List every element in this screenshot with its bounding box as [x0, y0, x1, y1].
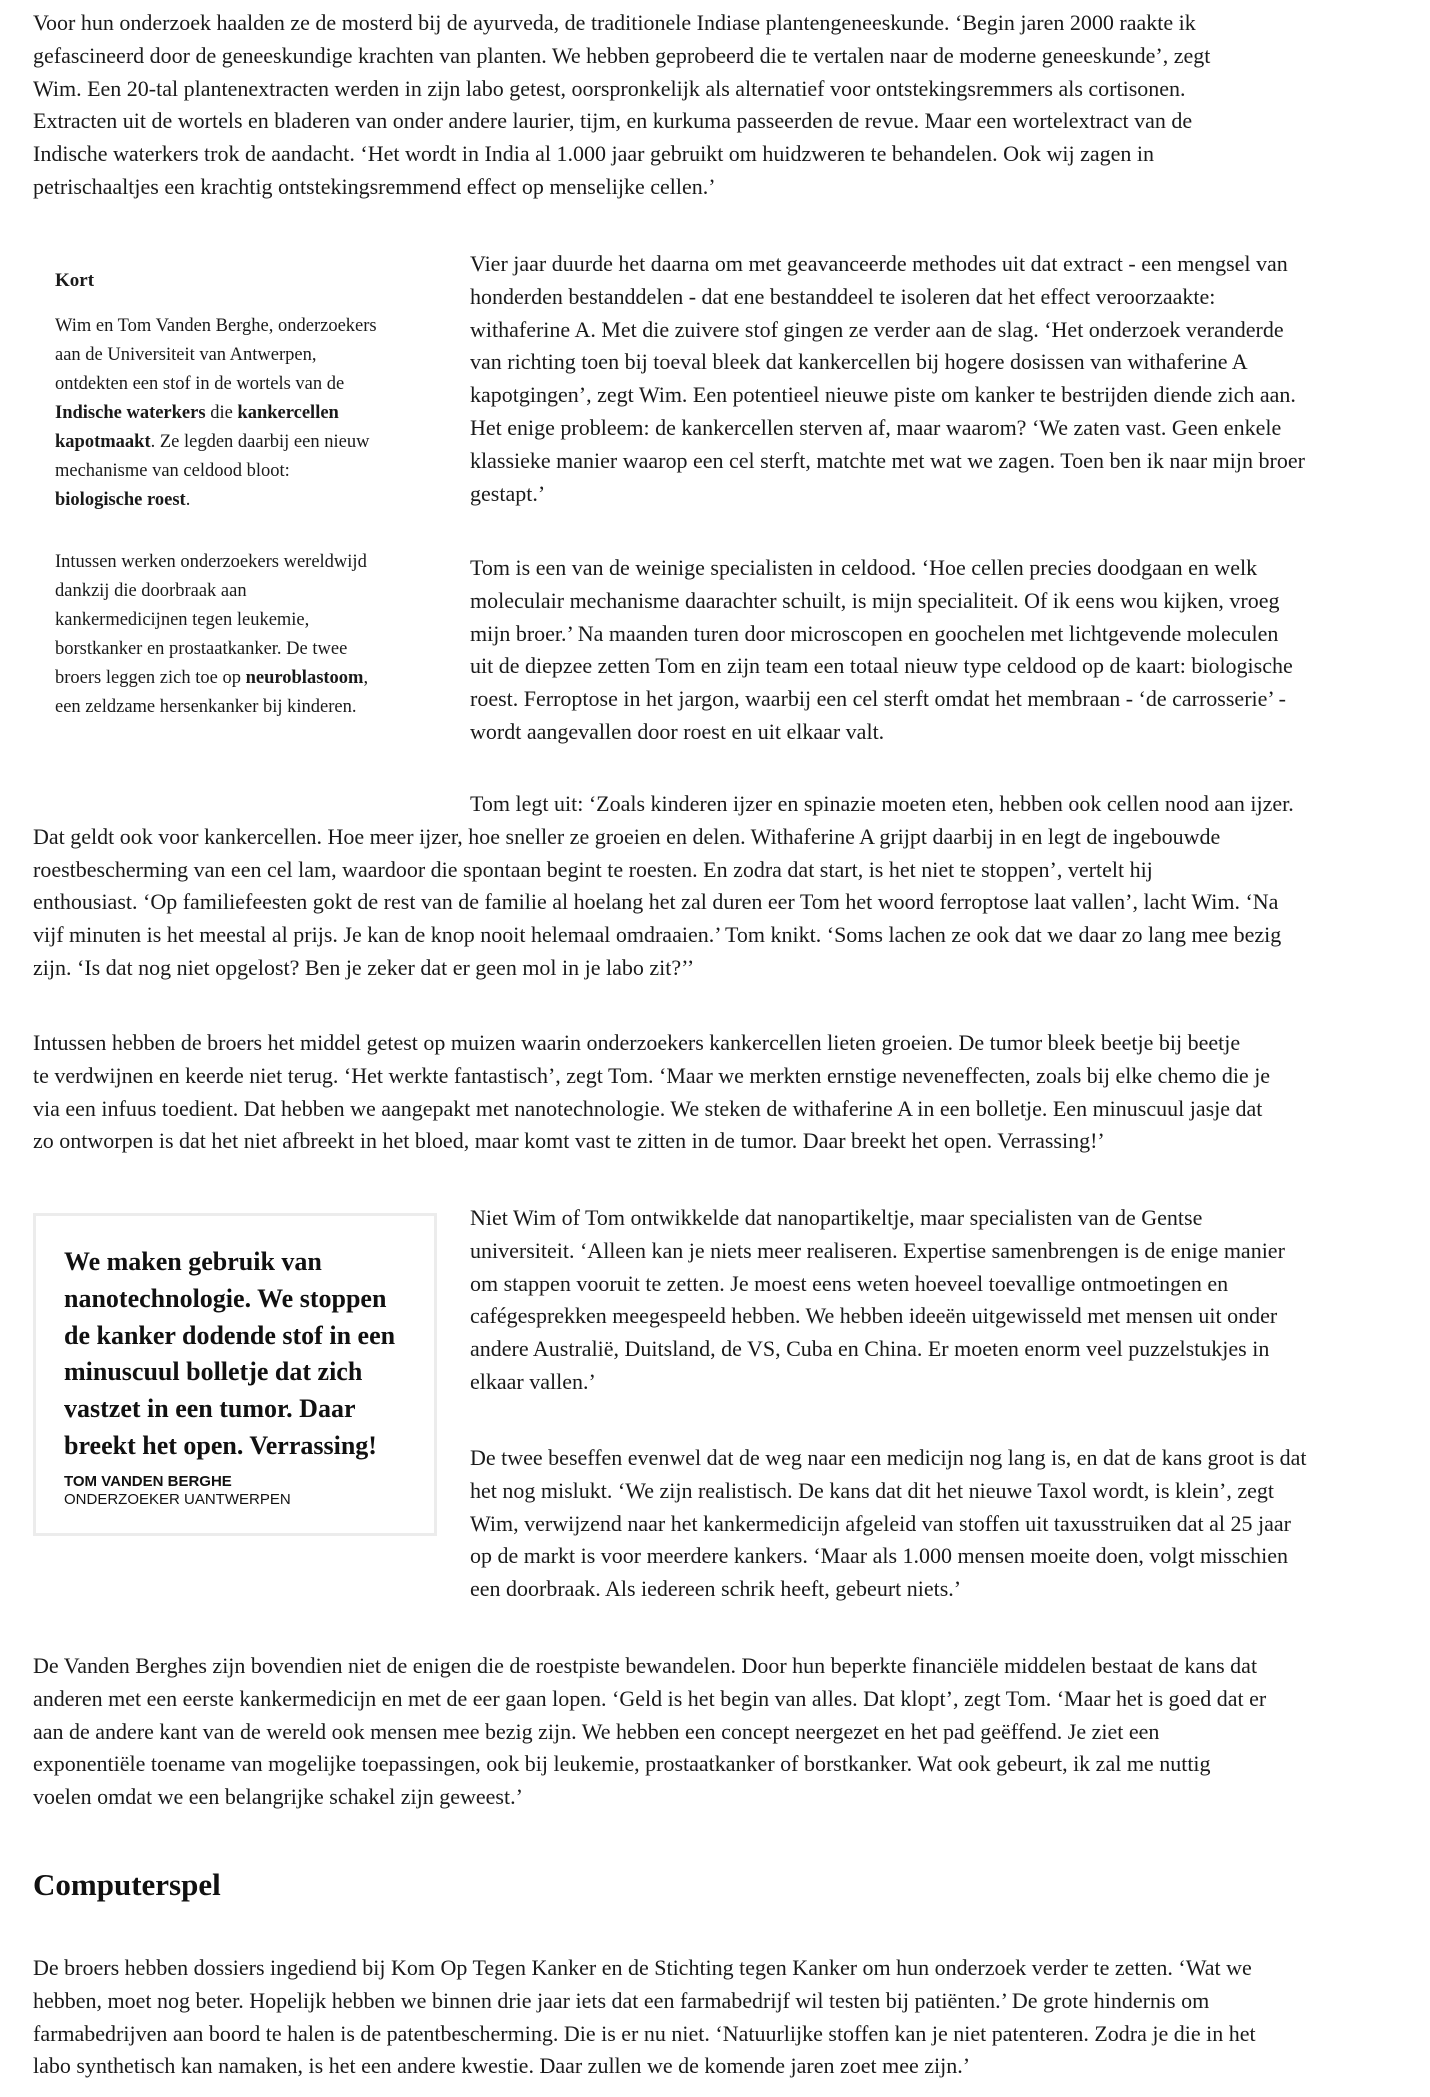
text-line: klassieke manier waarop een cel sterft, … [470, 445, 1305, 478]
text-line: broers leggen zich toe op neuroblastoom, [55, 664, 435, 693]
text-line: ontdekten een stof in de wortels van de [55, 370, 435, 399]
quote-author-role: ONDERZOEKER UANTWERPEN [64, 1491, 291, 1509]
text-line: borstkanker en prostaatkanker. De twee [55, 635, 435, 664]
text-line: moleculair mechanisme daarachter schuilt… [470, 585, 1293, 618]
bold-term: Indische waterkers [55, 403, 206, 423]
paragraph-vier-jaar: Vier jaar duurde het daarna om met geava… [470, 248, 1305, 510]
text-line: We maken gebruik van [64, 1244, 395, 1281]
section-heading: Computerspel [33, 1865, 221, 1905]
text-line: kapotgingen’, zegt Wim. Een potentieel n… [470, 379, 1305, 412]
bold-term: neuroblastoom [246, 668, 364, 688]
text-line: mechanisme van celdood bloot: [55, 457, 435, 486]
text-line: farmabedrijven aan boord te halen is de … [33, 2018, 1256, 2051]
bold-term: kapotmaakt [55, 432, 151, 452]
text-fragment: . [186, 490, 191, 510]
text-line: andere Australië, Duitsland, de VS, Cuba… [470, 1333, 1285, 1366]
paragraph-tom-legt-uit: Tom legt uit: ‘Zoals kinderen ijzer en s… [33, 788, 1294, 985]
text-line: roest. Ferroptose in het jargon, waarbij… [470, 683, 1293, 716]
text-line: te verdwijnen en keerde niet terug. ‘Het… [33, 1060, 1270, 1093]
text-line: op de markt is voor meerdere kankers. ‘M… [470, 1540, 1307, 1573]
text-line: kankermedicijnen tegen leukemie, [55, 606, 435, 635]
pull-quote-text: We maken gebruik vannanotechnologie. We … [64, 1244, 395, 1465]
text-fragment: . Ze legden daarbij een nieuw [151, 432, 370, 452]
quote-author-name: TOM VANDEN BERGHE [64, 1473, 232, 1491]
paragraph-de-twee: De twee beseffen evenwel dat de weg naar… [470, 1442, 1307, 1606]
text-line: vijf minuten is het meestal al prijs. Je… [33, 919, 1294, 952]
text-line: uit de diepzee zetten Tom en zijn team e… [470, 650, 1293, 683]
text-line: aan de Universiteit van Antwerpen, [55, 341, 435, 370]
text-line: voelen omdat we een belangrijke schakel … [33, 1781, 1266, 1814]
text-line: Vier jaar duurde het daarna om met geava… [470, 248, 1305, 281]
text-line: Wim, verwijzend naar het kankermedicijn … [470, 1508, 1307, 1541]
text-line: biologische roest. [55, 486, 435, 515]
text-line: dankzij die doorbraak aan [55, 577, 435, 606]
text-line: labo synthetisch kan namaken, is het een… [33, 2050, 1256, 2083]
text-line: wordt aangevallen door roest en uit elka… [470, 716, 1293, 749]
text-line: minuscuul bolletje dat zich [64, 1354, 395, 1391]
kort-summary-box: Kort Wim en Tom Vanden Berghe, onderzoek… [55, 266, 435, 722]
text-line: mijn broer.’ Na maanden turen door micro… [470, 618, 1293, 651]
text-line: hebben, moet nog beter. Hopelijk hebben … [33, 1985, 1256, 2018]
text-fragment: die [206, 403, 238, 423]
text-line: een zeldzame hersenkanker bij kinderen. [55, 693, 435, 722]
text-line: Tom is een van de weinige specialisten i… [470, 552, 1293, 585]
kort-paragraph-2: Intussen werken onderzoekers wereldwijd … [55, 548, 435, 722]
text-line: Intussen hebben de broers het middel get… [33, 1027, 1270, 1060]
paragraph-intro: Voor hun onderzoek haalden ze de mosterd… [33, 7, 1210, 204]
text-line: Wim. Een 20-tal plantenextracten werden … [33, 73, 1210, 106]
text-fragment: , [363, 668, 368, 688]
text-line: zijn. ‘Is dat nog niet opgelost? Ben je … [33, 952, 1294, 985]
text-line: Niet Wim of Tom ontwikkelde dat nanopart… [470, 1202, 1285, 1235]
text-line: kapotmaakt. Ze legden daarbij een nieuw [55, 428, 435, 457]
text-line: het nog mislukt. ‘We zijn realistisch. D… [470, 1475, 1307, 1508]
text-line: zo ontworpen is dat het niet afbreekt in… [33, 1125, 1270, 1158]
text-line: roestbescherming van een cel lam, waardo… [33, 854, 1294, 887]
text-line: petrischaaltjes een krachtig ontstekings… [33, 171, 1210, 204]
text-line: Dat geldt ook voor kankercellen. Hoe mee… [33, 821, 1294, 854]
text-line: anderen met een eerste kankermedicijn en… [33, 1683, 1266, 1716]
text-line: Indische waterkers trok de aandacht. ‘He… [33, 138, 1210, 171]
text-line: om stappen vooruit te zetten. Je moest e… [470, 1268, 1285, 1301]
text-line: van richting toen bij toeval bleek dat k… [470, 346, 1305, 379]
text-line: De twee beseffen evenwel dat de weg naar… [470, 1442, 1307, 1475]
text-line: enthousiast. ‘Op familiefeesten gokt de … [33, 886, 1294, 919]
bold-term: biologische roest [55, 490, 186, 510]
text-line: de kanker dodende stof in een [64, 1318, 395, 1355]
text-line: honderden bestanddelen - dat ene bestand… [470, 281, 1305, 314]
text-line: breekt het open. Verrassing! [64, 1428, 395, 1465]
paragraph-vanden-berghes: De Vanden Berghes zijn bovendien niet de… [33, 1650, 1266, 1814]
text-line: universiteit. ‘Alleen kan je niets meer … [470, 1235, 1285, 1268]
text-line: withaferine A. Met die zuivere stof ging… [470, 314, 1305, 347]
text-line: Indische waterkers die kankercellen [55, 399, 435, 428]
text-line: via een infuus toedient. Dat hebben we a… [33, 1093, 1270, 1126]
text-line: De Vanden Berghes zijn bovendien niet de… [33, 1650, 1266, 1683]
paragraph-broers: De broers hebben dossiers ingediend bij … [33, 1952, 1256, 2083]
text-line: gefascineerd door de geneeskundige krach… [33, 40, 1210, 73]
text-line: Voor hun onderzoek haalden ze de mosterd… [33, 7, 1210, 40]
text-line: vastzet in een tumor. Daar [64, 1391, 395, 1428]
text-line: elkaar vallen.’ [470, 1366, 1285, 1399]
text-line: Extracten uit de wortels en bladeren van… [33, 105, 1210, 138]
paragraph-tom-specialist: Tom is een van de weinige specialisten i… [470, 552, 1293, 749]
text-line: Wim en Tom Vanden Berghe, onderzoekers [55, 312, 435, 341]
text-line: exponentiële toename van mogelijke toepa… [33, 1748, 1266, 1781]
text-line: aan de andere kant van de wereld ook men… [33, 1716, 1266, 1749]
text-line: De broers hebben dossiers ingediend bij … [33, 1952, 1256, 1985]
text-line: cafégesprekken meegespeeld hebben. We he… [470, 1300, 1285, 1333]
paragraph-muizen: Intussen hebben de broers het middel get… [33, 1027, 1270, 1158]
kort-paragraph-1: Wim en Tom Vanden Berghe, onderzoekers a… [55, 312, 435, 515]
text-line: nanotechnologie. We stoppen [64, 1281, 395, 1318]
text-line: Het enige probleem: de kankercellen ster… [470, 412, 1305, 445]
text-fragment: broers leggen zich toe op [55, 668, 246, 688]
pull-quote-box: We maken gebruik vannanotechnologie. We … [33, 1213, 437, 1536]
text-line: een doorbraak. Als iedereen schrik heeft… [470, 1573, 1307, 1606]
bold-term: kankercellen [237, 403, 338, 423]
paragraph-nanopartikel: Niet Wim of Tom ontwikkelde dat nanopart… [470, 1202, 1285, 1399]
kort-title: Kort [55, 266, 435, 295]
text-line: gestapt.’ [470, 478, 1305, 511]
text-line: Tom legt uit: ‘Zoals kinderen ijzer en s… [33, 788, 1294, 821]
text-line: Intussen werken onderzoekers wereldwijd [55, 548, 435, 577]
